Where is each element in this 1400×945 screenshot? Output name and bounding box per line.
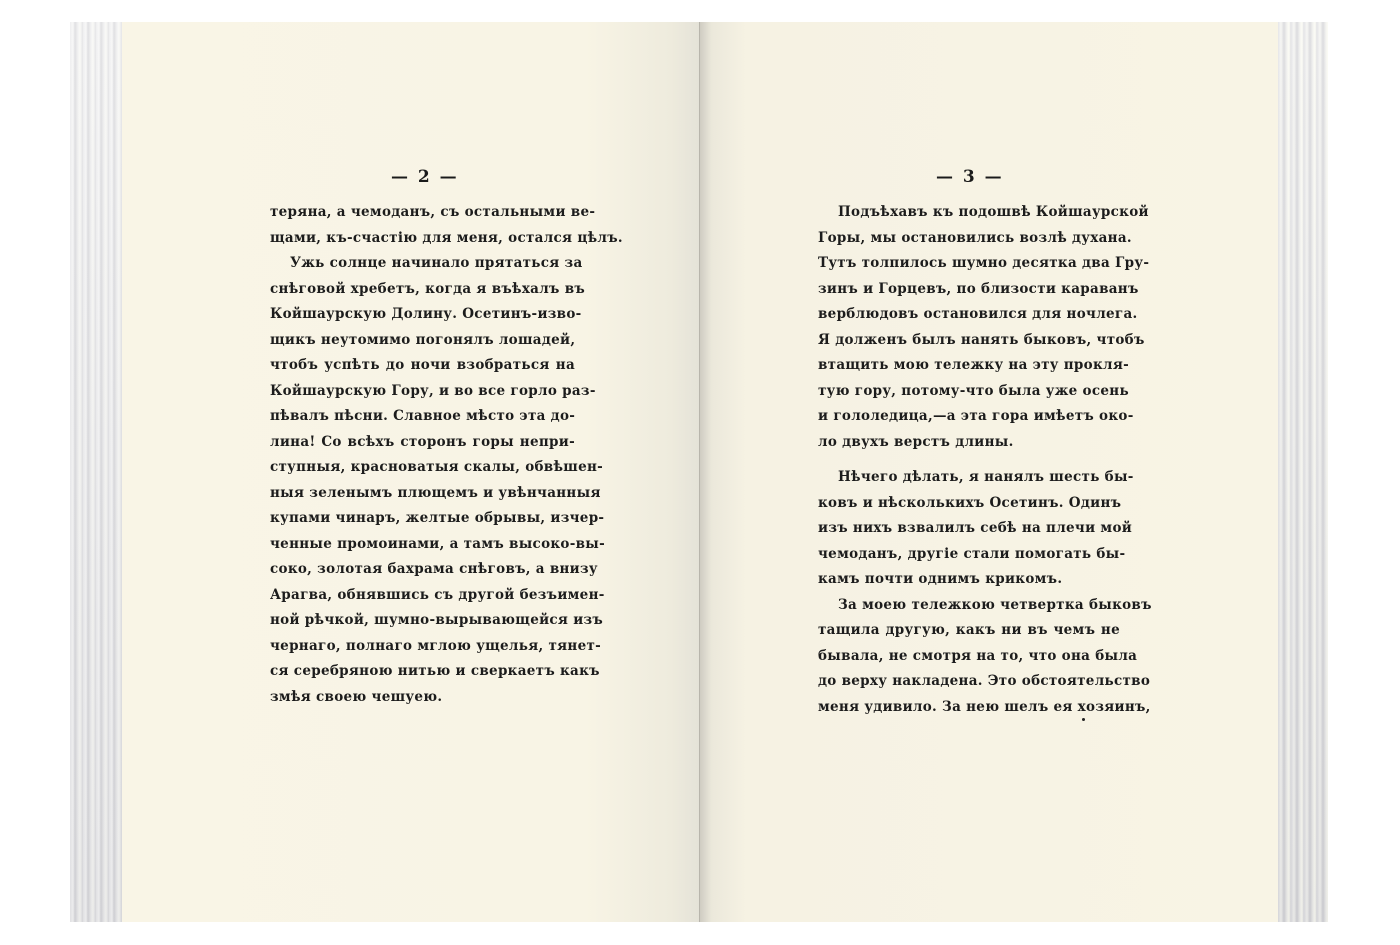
text-line: соко, золотая бахрама снѣговъ, а внизу bbox=[270, 557, 575, 583]
text-line: теряна, а чемоданъ, съ остальными ве- bbox=[270, 200, 575, 226]
ink-dot bbox=[1082, 718, 1085, 721]
text-line: Койшаурскую Гору, и во все горло раз- bbox=[270, 379, 575, 405]
text-line: верблюдовъ остановился для ночлега. bbox=[818, 302, 1120, 328]
text-line: тащила другую, какъ ни въ чемъ не bbox=[818, 618, 1120, 644]
right-page: — 3 — Подъѣхавъ къ подошвѣ Койшаурской Г… bbox=[700, 22, 1278, 922]
text-line: бывала, не смотря на то, что она была bbox=[818, 644, 1120, 670]
text-line: ной рѣчкой, шумно-вырывающейся изъ bbox=[270, 608, 575, 634]
text-line: лина! Со всѣхъ сторонъ горы непри- bbox=[270, 430, 575, 456]
text-line: снѣговой хребетъ, когда я въѣхалъ въ bbox=[270, 277, 575, 303]
text-line: змѣя своею чешуею. bbox=[270, 685, 575, 711]
text-line: Койшаурскую Долину. Осетинъ-изво- bbox=[270, 302, 575, 328]
text-line: Арагва, обнявшись съ другой безъимен- bbox=[270, 583, 575, 609]
right-page-edges bbox=[1278, 22, 1328, 922]
left-page-text: теряна, а чемоданъ, съ остальными ве- ща… bbox=[270, 200, 575, 710]
text-line: ся серебряною нитью и сверкаетъ какъ bbox=[270, 659, 575, 685]
text-line: ступныя, красноватыя скалы, обвѣшен- bbox=[270, 455, 575, 481]
text-line: втащить мою тележку на эту прокля- bbox=[818, 353, 1120, 379]
text-line: зинъ и Горцевъ, по близости караванъ bbox=[818, 277, 1120, 303]
text-line: За моею тележкою четвертка быковъ bbox=[818, 593, 1120, 619]
text-line: меня удивило. За нею шелъ ея хозяинъ, bbox=[818, 695, 1120, 721]
text-line: щами, къ-счастію для меня, остался цѣлъ. bbox=[270, 226, 575, 252]
text-line: купами чинаръ, желтые обрывы, изчер- bbox=[270, 506, 575, 532]
text-line: щикъ неутомимо погонялъ лошадей, bbox=[270, 328, 575, 354]
text-line: Я долженъ былъ нанять быковъ, чтобъ bbox=[818, 328, 1120, 354]
text-line: ченные промоинами, а тамъ высоко-вы- bbox=[270, 532, 575, 558]
text-line: камъ почти однимъ крикомъ. bbox=[818, 567, 1120, 593]
text-line: изъ нихъ взвалилъ себѣ на плечи мой bbox=[818, 516, 1120, 542]
text-line: ковъ и нѣсколькихъ Осетинъ. Одинъ bbox=[818, 491, 1120, 517]
text-line: Подъѣхавъ къ подошвѣ Койшаурской bbox=[818, 200, 1120, 226]
text-line: чемоданъ, другіе стали помогать бы- bbox=[818, 542, 1120, 568]
left-page: — 2 — теряна, а чемоданъ, съ остальными … bbox=[122, 22, 700, 922]
text-line: Горы, мы остановились возлѣ духана. bbox=[818, 226, 1120, 252]
text-line: тую гору, потому-что была уже осень bbox=[818, 379, 1120, 405]
text-line: и гололедица,—а эта гора имѣетъ око- bbox=[818, 404, 1120, 430]
text-line: Ужь солнце начинало прятаться за bbox=[270, 251, 575, 277]
text-line: чернаго, полнаго мглою ущелья, тянет- bbox=[270, 634, 575, 660]
text-line: пѣвалъ пѣсни. Славное мѣсто эта до- bbox=[270, 404, 575, 430]
text-line: чтобъ успѣть до ночи взобраться на bbox=[270, 353, 575, 379]
right-page-number: — 3 — bbox=[936, 167, 1004, 187]
text-line: Тутъ толпилось шумно десятка два Гру- bbox=[818, 251, 1120, 277]
text-line: ныя зеленымъ плющемъ и увѣнчанныя bbox=[270, 481, 575, 507]
right-page-text: Подъѣхавъ къ подошвѣ Койшаурской Горы, м… bbox=[818, 200, 1120, 720]
text-line: Нѣчего дѣлать, я нанялъ шесть бы- bbox=[818, 465, 1120, 491]
text-line: ло двухъ верстъ длины. bbox=[818, 430, 1120, 456]
text-line: до верху накладена. Это обстоятельство bbox=[818, 669, 1120, 695]
left-page-number: — 2 — bbox=[391, 167, 459, 187]
left-page-edges bbox=[70, 22, 122, 922]
open-book: — 2 — теряна, а чемоданъ, съ остальными … bbox=[70, 22, 1328, 922]
